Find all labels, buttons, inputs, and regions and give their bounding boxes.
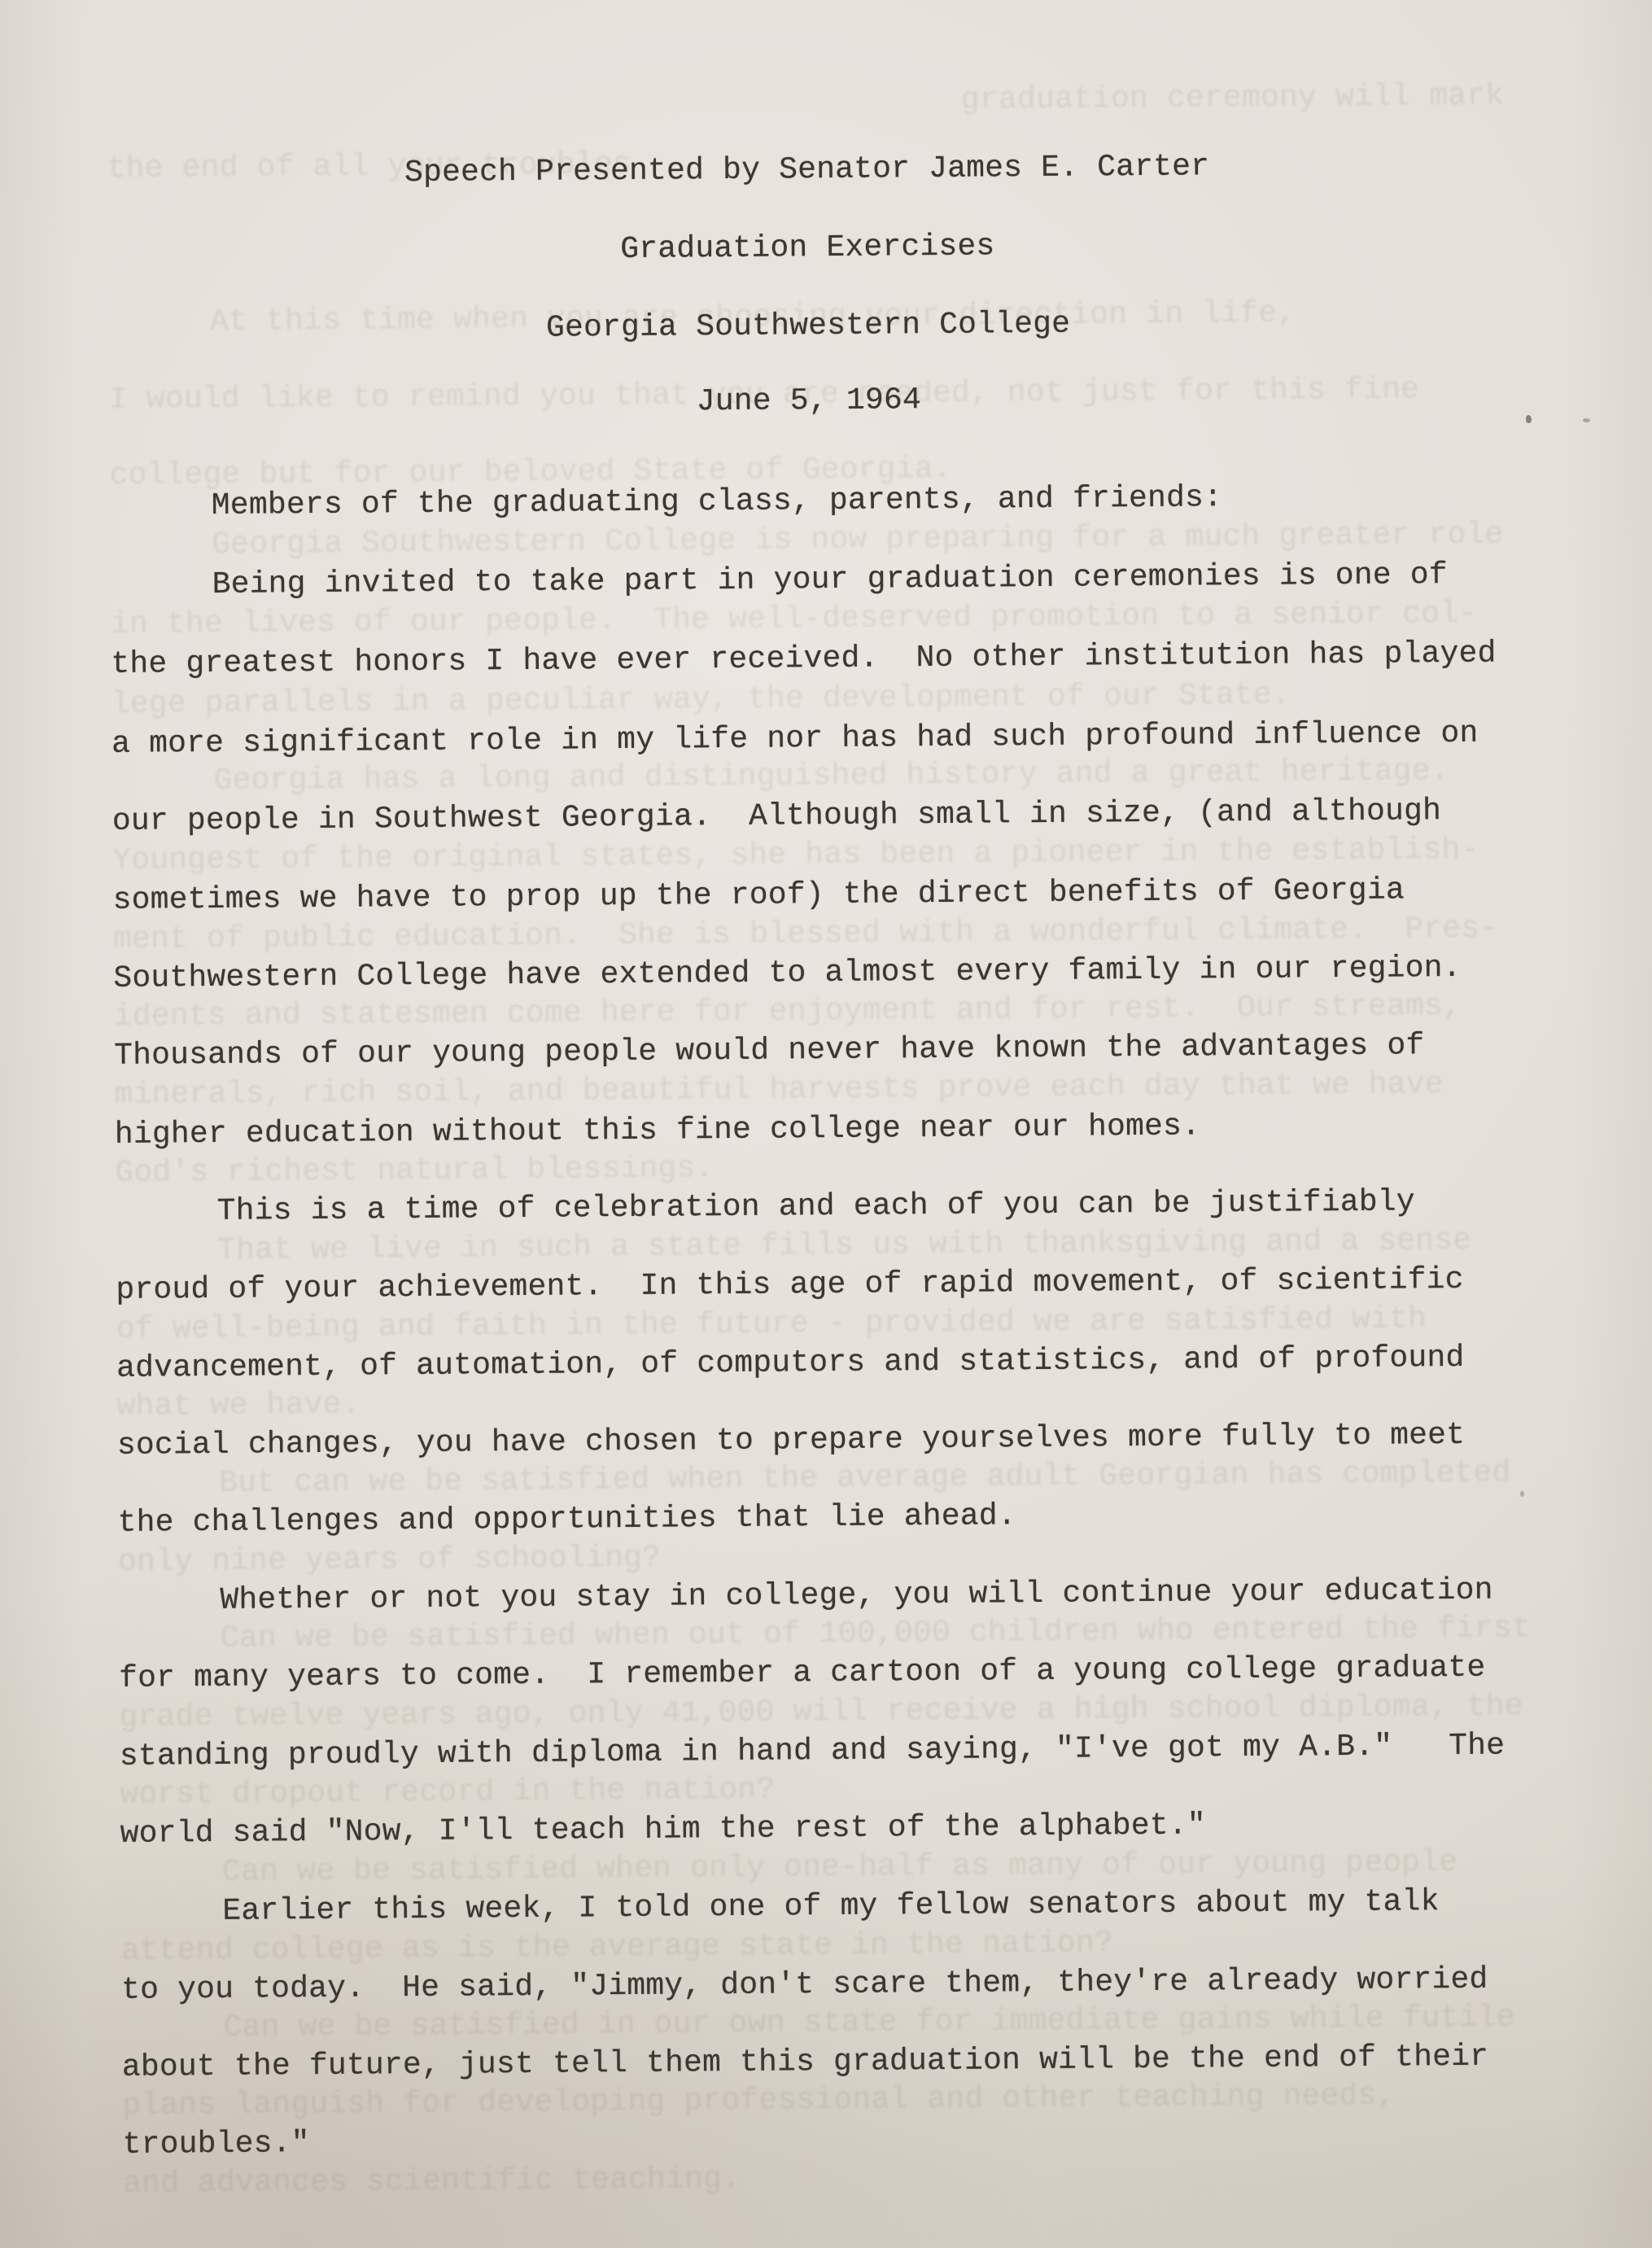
bleed-through-line: God's richest natural blessings.	[115, 1153, 714, 1189]
bleed-through-line: Can we be satisfied when out of 100,000 …	[221, 1613, 1532, 1655]
body-line: the challenges and opportunities that li…	[118, 1501, 1016, 1539]
body-line: Southwestern College have extended to al…	[113, 953, 1462, 995]
body-line: Earlier this week, I told one of my fell…	[222, 1887, 1440, 1927]
bleed-through-line: Can we be satisfied when only one-half a…	[222, 1848, 1458, 1888]
title-line: Graduation Exercises	[2, 226, 1613, 270]
bleed-through-line: minerals, rich soil, and beautiful harve…	[114, 1069, 1444, 1111]
document-page: graduation ceremony will markthe end of …	[0, 0, 1652, 2248]
body-line: higher education without this fine colle…	[115, 1111, 1200, 1150]
bleed-through-line: Youngest of the original states, she has…	[112, 835, 1479, 877]
speech-body: Members of the graduating class, parents…	[0, 0, 1652, 7]
bleed-through-line: what we have.	[116, 1390, 360, 1423]
body-line: Members of the graduating class, parents…	[212, 483, 1222, 522]
typewritten-content: graduation ceremony will markthe end of …	[0, 0, 1652, 2248]
body-line: troubles."	[123, 2128, 310, 2161]
bleed-through-line: Can we be satisfied in our own state for…	[223, 2002, 1515, 2043]
bleed-through-line: ment of public education. She is blessed…	[113, 914, 1499, 956]
body-line: proud of your achievement. In this age o…	[116, 1265, 1464, 1306]
body-line: Thousands of our young people would neve…	[114, 1030, 1425, 1072]
bleed-through-line: in the lives of our people. The well-des…	[111, 599, 1478, 641]
bleed-through-line: of well-being and faith in the future - …	[116, 1304, 1427, 1345]
bleed-through-line: But can we be satisfied when the average…	[219, 1458, 1511, 1498]
body-line: social changes, you have chosen to prepa…	[117, 1420, 1466, 1462]
body-line: Whether or not you stay in college, you …	[220, 1576, 1493, 1616]
bleed-through-line: idents and statesmen come here for enjoy…	[114, 991, 1462, 1033]
title-block: Speech Presented by Senator James E. Car…	[0, 0, 1652, 7]
body-line: sometimes we have to prop up the roof) t…	[113, 875, 1405, 916]
body-line: advancement, of automation, of computors…	[116, 1343, 1465, 1384]
bleed-through-line: lege parallels in a peculiar way, the de…	[111, 680, 1291, 720]
paper-speck	[1583, 418, 1590, 422]
paper-speck	[1520, 1491, 1524, 1497]
bleed-through-line: only nine years of schooling?	[118, 1543, 661, 1578]
body-line: a more significant role in my life nor h…	[111, 719, 1479, 760]
body-line: standing proudly with diploma in hand an…	[120, 1731, 1506, 1773]
bleed-through-line: grade twelve years ago, only 41,000 will…	[119, 1691, 1523, 1734]
bleed-through-line: attend college as is the average state i…	[121, 1928, 1113, 1967]
bleed-through-line: and advances scientific teaching.	[123, 2164, 741, 2200]
body-line: This is a time of celebration and each o…	[217, 1187, 1416, 1227]
body-line: the greatest honors I have ever received…	[111, 639, 1497, 680]
paper-speck	[1526, 415, 1532, 423]
bleed-through-line: Georgia Southwestern College is now prep…	[212, 519, 1504, 560]
body-line: to you today. He said, "Jimmy, don't sca…	[121, 1965, 1488, 2006]
body-line: about the future, just tell them this gr…	[122, 2042, 1489, 2084]
bleed-through-layer: graduation ceremony will markthe end of …	[0, 0, 1652, 7]
bleed-through-line: graduation ceremony will mark	[961, 81, 1504, 116]
body-line: our people in Southwest Georgia. Althoug…	[112, 796, 1442, 838]
bleed-through-line: That we live in such a state fills us wi…	[217, 1226, 1472, 1266]
body-line: world said "Now, I'll teach him the rest…	[120, 1810, 1206, 1849]
body-line: for many years to come. I remember a car…	[119, 1653, 1486, 1695]
bleed-through-line: worst dropout record in the nation?	[120, 1775, 775, 1811]
bleed-through-line: Georgia has a long and distinguished his…	[213, 756, 1449, 797]
body-line: Being invited to take part in your gradu…	[212, 560, 1448, 601]
bleed-through-line: plans languish for developing profession…	[122, 2081, 1396, 2122]
